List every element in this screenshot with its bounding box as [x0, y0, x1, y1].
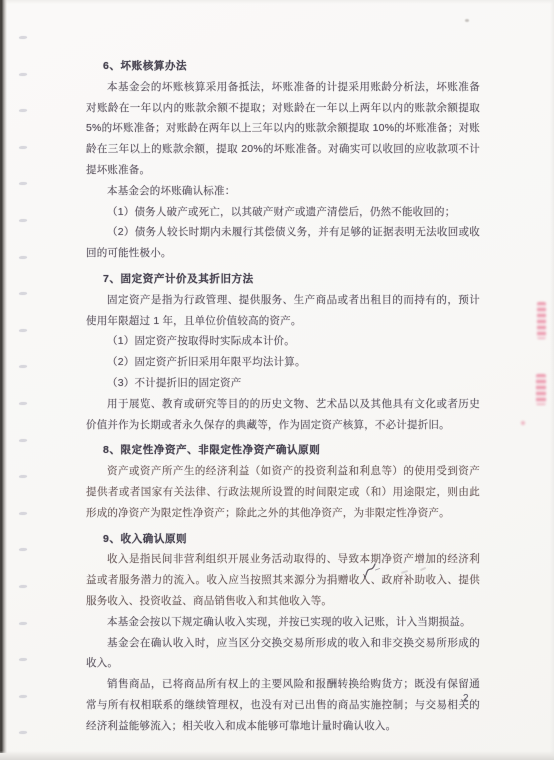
- binding-hole-mark: [19, 475, 27, 478]
- section-heading: 6、坏账核算办法: [86, 56, 480, 77]
- binding-hole-mark: [19, 731, 27, 734]
- binding-hole-mark: [19, 585, 27, 588]
- ink-squiggle-mark: [362, 561, 384, 579]
- scan-page: 6、坏账核算办法 本基金会的坏账核算采用备抵法，坏账准备的计提采用账龄分析法，坏…: [0, 0, 554, 760]
- binding-hole-mark: [19, 72, 27, 75]
- binding-hole-mark: [19, 36, 27, 39]
- document-body: 6、坏账核算办法 本基金会的坏账核算采用备抵法，坏账准备的计提采用账龄分析法，坏…: [86, 56, 480, 737]
- section-heading: 7、固定资产计价及其折旧方法: [86, 269, 480, 290]
- red-stamp-speck: [521, 421, 525, 425]
- paragraph: 本基金会按以下规定确认收入实现，并按已实现的收入记账，计入当期损益。: [86, 612, 480, 633]
- red-stamp-fragment: [537, 302, 546, 339]
- binding-hole-mark: [19, 365, 27, 368]
- binding-hole-mark: [19, 219, 27, 222]
- paragraph: 收入是指民间非营利组织开展业务活动取得的、导致本期净资产增加的经济利益或者服务潜…: [86, 549, 480, 611]
- binding-hole-mark: [19, 109, 27, 112]
- paragraph: 资产或资产所产生的经济利益（如资产的投资利益和利息等）的使用受到资产提供者或者国…: [86, 461, 480, 523]
- paragraph: 本基金会的坏账核算采用备抵法，坏账准备的计提采用账龄分析法，坏账准备对账龄在一年…: [86, 77, 480, 181]
- paragraph: 销售商品，已将商品所有权上的主要风险和报酬转换给购货方；既没有保留通常与所有权相…: [86, 674, 480, 736]
- paragraph: （1）固定资产按取得时实际成本计价。: [86, 331, 480, 352]
- scan-edge-top: [0, 0, 554, 4]
- binding-hole-mark: [19, 292, 27, 295]
- paragraph: 本基金会的坏账确认标准：: [86, 181, 480, 202]
- scan-edge-left: [0, 0, 7, 753]
- paragraph: （2）固定资产折旧采用年限平均法计算。: [86, 352, 480, 373]
- page-number: 2: [463, 693, 469, 704]
- paragraph: （2）债务人较长时期内未履行其偿债义务，并有足够的证据表明无法收回或收回的可能性…: [86, 222, 480, 264]
- binding-hole-mark: [19, 329, 27, 332]
- paragraph: （3）不计提折旧的固定资产: [86, 373, 480, 394]
- binding-hole-mark: [19, 255, 27, 258]
- section-revenue-recognition: 9、收入确认原则 收入是指民间非营利组织开展业务活动取得的、导致本期净资产增加的…: [86, 529, 480, 737]
- section-bad-debt-accounting: 6、坏账核算办法 本基金会的坏账核算采用备抵法，坏账准备的计提采用账龄分析法，坏…: [86, 56, 480, 264]
- paragraph: （1）债务人破产或死亡，以其破产财产或遗产清偿后，仍然不能收回的；: [86, 202, 480, 223]
- binding-hole-mark: [19, 695, 27, 698]
- red-stamp-fragment: [536, 374, 546, 405]
- paragraph: 用于展览、教育或研究等目的的历史文物、艺术品以及其他具有文化或者历史价值并作为长…: [86, 394, 480, 436]
- section-fixed-assets: 7、固定资产计价及其折旧方法 固定资产是指为行政管理、提供服务、生产商品或者出租…: [86, 269, 480, 435]
- binding-hole-mark: [19, 512, 27, 515]
- section-heading: 8、限定性净资产、非限定性净资产确认原则: [86, 440, 480, 461]
- paragraph: 基金会在确认收入时，应当区分交换交易所形成的收入和非交换交易所形成的收入。: [86, 633, 480, 675]
- binding-hole-mark: [19, 146, 27, 149]
- binding-hole-mark: [19, 548, 27, 551]
- binding-hole-mark: [19, 621, 27, 624]
- scan-edge-bottom: [0, 751, 554, 760]
- binding-hole-mark: [19, 182, 27, 185]
- paper-speck: [449, 684, 452, 686]
- binding-hole-mark: [19, 438, 27, 441]
- scan-edge-right: [550, 0, 554, 760]
- paragraph: 固定资产是指为行政管理、提供服务、生产商品或者出租目的而持有的，预计使用年限超过…: [86, 290, 480, 332]
- section-heading: 9、收入确认原则: [86, 529, 480, 550]
- binding-hole-mark: [19, 402, 27, 405]
- section-net-assets: 8、限定性净资产、非限定性净资产确认原则 资产或资产所产生的经济利益（如资产的投…: [86, 440, 480, 523]
- paper-speck: [465, 19, 469, 22]
- binding-hole-mark: [19, 658, 27, 661]
